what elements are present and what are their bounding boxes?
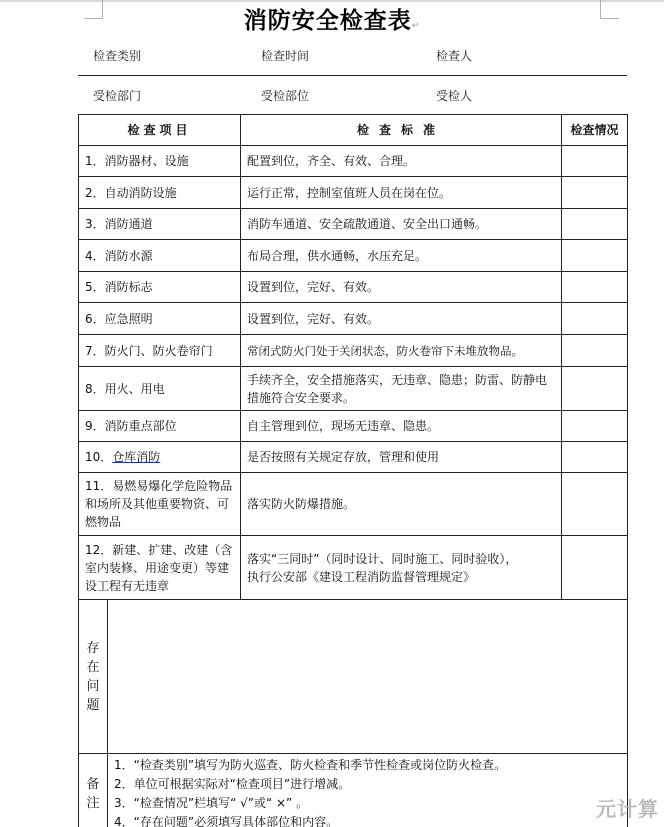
item-cell: 1．消防器材、设施 [79, 146, 241, 177]
field-value-inspected-dept[interactable] [198, 87, 258, 105]
item-cell: 2．自动消防设施 [79, 177, 241, 209]
title-text: 消防安全检查表 [244, 8, 412, 34]
item-cell: 8．用火、用电 [79, 367, 241, 411]
table-row: 2．自动消防设施 运行正常，控制室值班人员在岗在位。 [79, 177, 628, 209]
field-label-inspector: 检查人 [436, 47, 472, 64]
table-row: 12．新建、扩建、改建（含室内装修、用途变更）等建设工程有无违章 落实“三同时”… [79, 536, 628, 600]
issues-label-char: 存 [79, 639, 107, 658]
field-value-check-type[interactable] [198, 47, 258, 65]
column-header-item: 检查项目 [79, 115, 241, 146]
field-value-inspector[interactable] [528, 47, 588, 65]
item-cell: 3．消防通道 [79, 209, 241, 240]
notes-label-char: 注 [79, 794, 107, 813]
item-cell: 10．仓库消防 [79, 442, 241, 473]
standard-line: 执行公安部《建设工程消防监督管理规定》 [247, 568, 555, 586]
table-row: 3．消防通道 消防车通道、安全疏散通道、安全出口通畅。 [79, 209, 628, 240]
column-header-standard: 检查标准 [241, 115, 562, 146]
result-cell[interactable] [562, 335, 628, 367]
issues-container: 存 在 问 题 [79, 600, 628, 754]
result-cell[interactable] [562, 303, 628, 335]
field-label-inspected-location: 受检部位 [261, 87, 309, 104]
standard-cell: 手续齐全，安全措施落实，无违章、隐患；防雷、防静电措施符合安全要求。 [241, 367, 562, 411]
header-fields-row-1: 检查类别 检查时间 检查人 [78, 47, 627, 67]
note-line: 3．“检查情况”栏填写“ √”或“ ×” 。 [114, 794, 621, 813]
notes-label-char: 备 [79, 775, 107, 794]
paragraph-mark-icon: ↵ [412, 21, 421, 31]
standard-cell: 自主管理到位，现场无违章、隐患。 [241, 411, 562, 442]
field-value-check-time[interactable] [358, 47, 418, 65]
notes-content: 1．“检查类别”填写为防火巡查、防火检查和季节性检查或岗位防火检查。 2．单位可… [108, 754, 627, 827]
result-cell[interactable] [562, 367, 628, 411]
item-link-warehouse[interactable]: 仓库消防 [112, 450, 160, 464]
item-cell: 12．新建、扩建、改建（含室内装修、用途变更）等建设工程有无违章 [79, 536, 241, 600]
issues-row: 存 在 问 题 [79, 600, 628, 754]
result-cell[interactable] [562, 177, 628, 209]
result-cell[interactable] [562, 411, 628, 442]
issues-label: 存 在 问 题 [79, 600, 108, 753]
note-line: 1．“检查类别”填写为防火巡查、防火检查和季节性检查或岗位防火检查。 [114, 756, 621, 775]
standard-cell: 设置到位，完好、有效。 [241, 303, 562, 335]
result-cell[interactable] [562, 442, 628, 473]
notes-label: 备 注 [79, 754, 108, 827]
item-cell: 4．消防水源 [79, 240, 241, 272]
header-fields-row-2: 受检部门 受检部位 受检人 [78, 87, 627, 107]
note-line: 4．“存在问题”必须填写具体部位和内容。 [114, 813, 621, 827]
table-row: 7．防火门、防火卷帘门 常闭式防火门处于关闭状态，防火卷帘下未堆放物品。 [79, 335, 628, 367]
field-value-inspected-location[interactable] [358, 87, 418, 105]
result-cell[interactable] [562, 209, 628, 240]
standard-cell: 消防车通道、安全疏散通道、安全出口通畅。 [241, 209, 562, 240]
standard-cell: 运行正常，控制室值班人员在岗在位。 [241, 177, 562, 209]
standard-cell: 设置到位，完好、有效。 [241, 272, 562, 303]
table-row: 9．消防重点部位 自主管理到位，现场无违章、隐患。 [79, 411, 628, 442]
table-row: 1．消防器材、设施 配置到位，齐全、有效、合理。 [79, 146, 628, 177]
standard-cell: 落实防火防爆措施。 [241, 473, 562, 536]
item-cell: 7．防火门、防火卷帘门 [79, 335, 241, 367]
issues-label-char: 在 [79, 658, 107, 677]
watermark-logo: 元计算 [596, 793, 659, 822]
notes-row: 备 注 1．“检查类别”填写为防火巡查、防火检查和季节性检查或岗位防火检查。 2… [79, 754, 628, 827]
issues-label-char: 题 [79, 696, 107, 715]
notes-container: 备 注 1．“检查类别”填写为防火巡查、防火检查和季节性检查或岗位防火检查。 2… [79, 754, 628, 827]
field-value-inspected-person[interactable] [528, 87, 588, 105]
field-label-check-time: 检查时间 [261, 47, 309, 64]
field-label-inspected-dept: 受检部门 [93, 87, 141, 104]
table-row: 10．仓库消防 是否按照有关规定存放，管理和使用 [79, 442, 628, 473]
result-cell[interactable] [562, 473, 628, 536]
standard-cell: 是否按照有关规定存放，管理和使用 [241, 442, 562, 473]
table-header-row: 检查项目 检查标准 检查情况 [79, 115, 628, 146]
table-row: 4．消防水源 布局合理，供水通畅，水压充足。 [79, 240, 628, 272]
standard-cell: 布局合理，供水通畅，水压充足。 [241, 240, 562, 272]
standard-cell: 常闭式防火门处于关闭状态，防火卷帘下未堆放物品。 [241, 335, 562, 367]
field-label-inspected-person: 受检人 [436, 87, 472, 104]
item-cell: 9．消防重点部位 [79, 411, 241, 442]
standard-cell: 配置到位，齐全、有效、合理。 [241, 146, 562, 177]
item-cell: 5．消防标志 [79, 272, 241, 303]
column-header-result: 检查情况 [562, 115, 628, 146]
document-title: 消防安全检查表↵ [0, 2, 664, 35]
table-row: 6．应急照明 设置到位，完好、有效。 [79, 303, 628, 335]
item-cell: 6．应急照明 [79, 303, 241, 335]
result-cell[interactable] [562, 240, 628, 272]
issues-label-char: 问 [79, 677, 107, 696]
item-cell: 11．易燃易爆化学危险物品和场所及其他重要物资、可燃物品 [79, 473, 241, 536]
note-line: 2．单位可根据实际对“检查项目”进行增减。 [114, 775, 621, 794]
table-row: 11．易燃易爆化学危险物品和场所及其他重要物资、可燃物品 落实防火防爆措施。 [79, 473, 628, 536]
issues-content[interactable] [108, 600, 627, 753]
result-cell[interactable] [562, 536, 628, 600]
header-divider [78, 75, 627, 76]
item-number: 10． [85, 450, 112, 464]
field-label-check-type: 检查类别 [93, 47, 141, 64]
result-cell[interactable] [562, 146, 628, 177]
table-row: 8．用火、用电 手续齐全，安全措施落实，无违章、隐患；防雷、防静电措施符合安全要… [79, 367, 628, 411]
standard-line: 落实“三同时”（同时设计、同时施工、同时验收）， [247, 550, 555, 568]
standard-cell: 落实“三同时”（同时设计、同时施工、同时验收）， 执行公安部《建设工程消防监督管… [241, 536, 562, 600]
result-cell[interactable] [562, 272, 628, 303]
inspection-table: 检查项目 检查标准 检查情况 1．消防器材、设施 配置到位，齐全、有效、合理。 … [78, 114, 628, 827]
table-row: 5．消防标志 设置到位，完好、有效。 [79, 272, 628, 303]
